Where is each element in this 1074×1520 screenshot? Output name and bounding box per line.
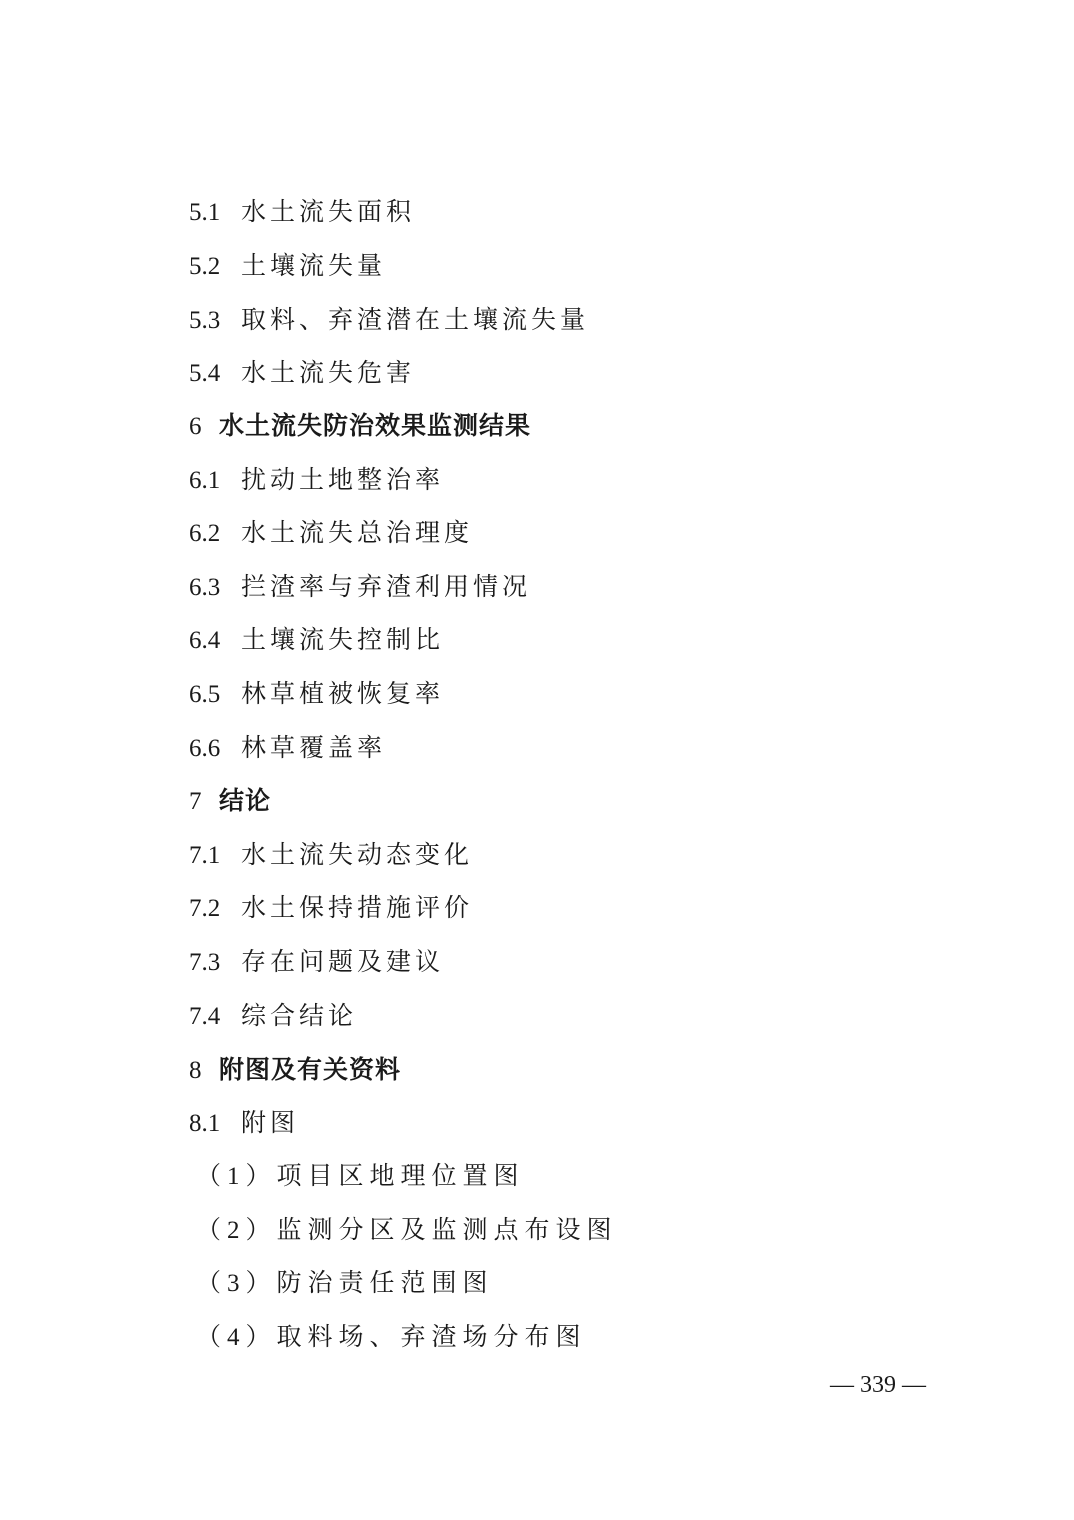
chapter-number: 8: [189, 1056, 219, 1086]
toc-list-item: （3）防治责任范围图: [196, 1268, 494, 1299]
section-title: 扰动土地整治率: [241, 465, 444, 494]
section-number: 5.1: [189, 198, 241, 228]
toc-entry: 6.3拦渣率与弃渣利用情况: [189, 572, 531, 603]
section-title: 土壤流失控制比: [241, 625, 444, 654]
section-title: 水土流失危害: [241, 358, 415, 387]
toc-entry: 7.1水土流失动态变化: [189, 840, 473, 871]
toc-heading: 8附图及有关资料: [189, 1055, 401, 1086]
item-title: 监测分区及监测点布设图: [277, 1215, 618, 1244]
toc-entry: 7.2水土保持措施评价: [189, 893, 473, 924]
section-title: 拦渣率与弃渣利用情况: [241, 572, 531, 601]
toc-entry: 6.2水土流失总治理度: [189, 518, 473, 549]
toc-list-item: （1）项目区地理位置图: [196, 1161, 525, 1192]
toc-entry: 5.2土壤流失量: [189, 251, 386, 282]
section-title: 综合结论: [241, 1001, 357, 1030]
section-number: 6.6: [189, 734, 241, 764]
section-title: 林草覆盖率: [241, 733, 386, 762]
page-number: — 339 —: [830, 1372, 926, 1399]
section-title: 附图: [241, 1108, 299, 1137]
section-number: 6.1: [189, 466, 241, 496]
toc-heading: 6水土流失防治效果监测结果: [189, 411, 531, 442]
toc-entry: 5.3取料、弃渣潜在土壤流失量: [189, 305, 589, 336]
section-number: 5.3: [189, 306, 241, 336]
section-number: 8.1: [189, 1109, 241, 1139]
toc-entry: 5.1水土流失面积: [189, 197, 415, 228]
section-number: 7.3: [189, 948, 241, 978]
toc-entry: 8.1附图: [189, 1108, 299, 1139]
toc-list-item: （4）取料场、弃渣场分布图: [196, 1322, 587, 1353]
item-number: （4）: [196, 1323, 277, 1353]
chapter-number: 6: [189, 412, 219, 442]
chapter-title: 结论: [219, 786, 271, 815]
section-title: 水土流失动态变化: [241, 840, 473, 869]
section-number: 6.5: [189, 680, 241, 710]
toc-entry: 7.3存在问题及建议: [189, 947, 444, 978]
item-number: （1）: [196, 1162, 277, 1192]
item-title: 取料场、弃渣场分布图: [277, 1322, 587, 1351]
section-number: 6.4: [189, 626, 241, 656]
toc-heading: 7结论: [189, 786, 271, 817]
item-number: （3）: [196, 1269, 277, 1299]
section-title: 土壤流失量: [241, 251, 386, 280]
toc-entry: 6.1扰动土地整治率: [189, 465, 444, 496]
toc-entry: 6.5林草植被恢复率: [189, 679, 444, 710]
section-number: 5.2: [189, 252, 241, 282]
item-title: 防治责任范围图: [277, 1268, 494, 1297]
toc-entry: 6.4土壤流失控制比: [189, 625, 444, 656]
section-title: 水土流失总治理度: [241, 518, 473, 547]
toc-list-item: （2）监测分区及监测点布设图: [196, 1215, 618, 1246]
toc-entry: 5.4水土流失危害: [189, 358, 415, 389]
section-title: 取料、弃渣潜在土壤流失量: [241, 305, 589, 334]
section-number: 7.1: [189, 841, 241, 871]
chapter-title: 水土流失防治效果监测结果: [219, 411, 531, 440]
section-number: 7.2: [189, 894, 241, 924]
section-title: 存在问题及建议: [241, 947, 444, 976]
item-number: （2）: [196, 1216, 277, 1246]
chapter-number: 7: [189, 787, 219, 817]
section-title: 林草植被恢复率: [241, 679, 444, 708]
toc-entry: 7.4综合结论: [189, 1001, 357, 1032]
section-number: 5.4: [189, 359, 241, 389]
toc-entry: 6.6林草覆盖率: [189, 733, 386, 764]
chapter-title: 附图及有关资料: [219, 1055, 401, 1084]
item-title: 项目区地理位置图: [277, 1161, 525, 1190]
section-number: 6.3: [189, 573, 241, 603]
section-title: 水土保持措施评价: [241, 893, 473, 922]
section-title: 水土流失面积: [241, 197, 415, 226]
section-number: 7.4: [189, 1002, 241, 1032]
section-number: 6.2: [189, 519, 241, 549]
